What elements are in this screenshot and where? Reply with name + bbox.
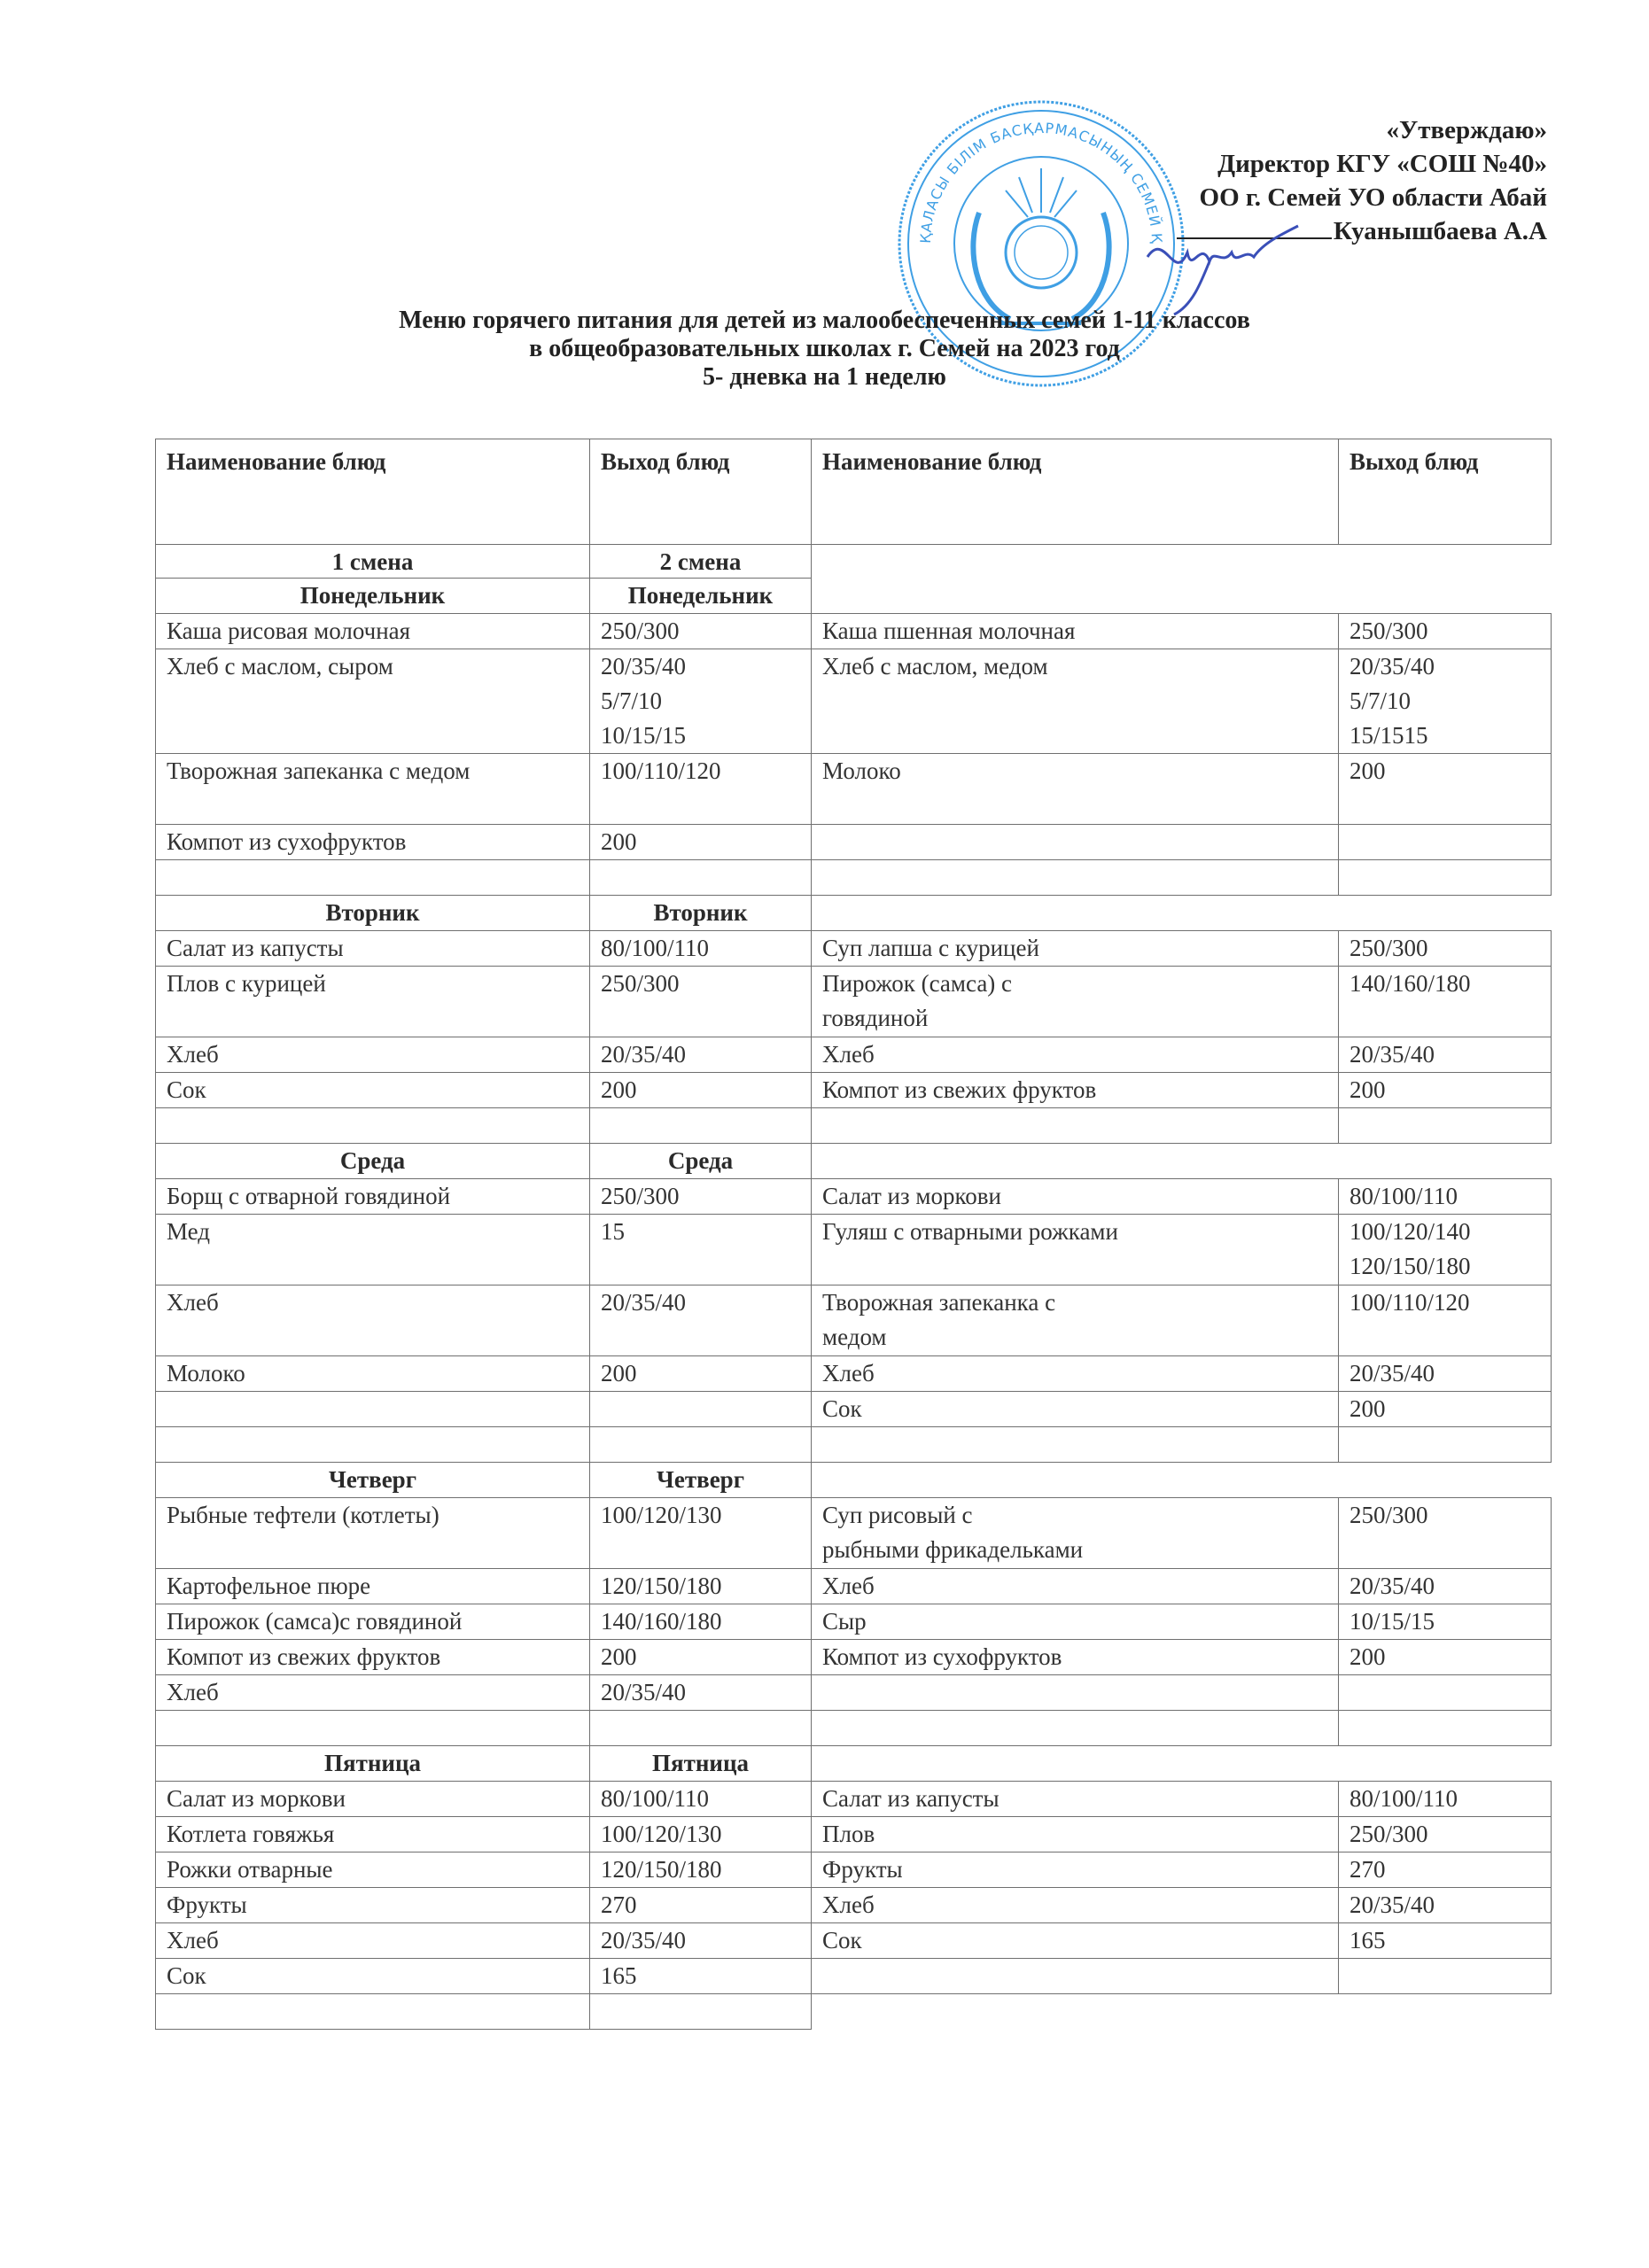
dish-name-shift-2-text: Плов — [822, 1817, 1338, 1852]
day-label-shift-2-text: Пятница — [590, 1746, 811, 1781]
dish-portion-shift-1: 200 — [589, 1072, 812, 1108]
day-label-shift-2: Понедельник — [589, 578, 812, 614]
dish-name-shift-2-text: Хлеб — [822, 1888, 1338, 1922]
day-label-shift-1: Пятница — [155, 1745, 590, 1782]
dish-name-shift-2-text: Компот из свежих фруктов — [822, 1073, 1338, 1107]
dish-name-shift-1: Плов с курицей — [155, 966, 590, 1037]
dish-name-shift-2: Хлеб — [811, 1037, 1339, 1073]
dish-name-shift-2-text: Сок — [822, 1923, 1338, 1958]
dish-portion-shift-1-text: 20/35/40 — [601, 1037, 811, 1072]
day-label-shift-1: Понедельник — [155, 578, 590, 614]
column-header: Наименование блюд — [155, 439, 590, 545]
dish-portion-shift-2: 20/35/40 — [1338, 1568, 1552, 1604]
dish-name-shift-1: Пирожок (самса)с говядиной — [155, 1604, 590, 1640]
shift-1-label: 1 смена — [155, 544, 590, 579]
day-label-shift-2: Четверг — [589, 1462, 812, 1498]
dish-portion-shift-1-text: 120/150/180 — [601, 1852, 811, 1887]
day-label-shift-2-text: Вторник — [590, 896, 811, 930]
dish-portion-shift-1-text: 250/300 — [601, 1179, 811, 1214]
dish-name-shift-1-text: Хлеб с маслом, сыром — [167, 649, 589, 684]
column-header: Выход блюд — [1338, 439, 1552, 545]
dish-portion-shift-1-text: 80/100/110 — [601, 1782, 811, 1816]
dish-name-shift-2 — [811, 1710, 1339, 1746]
column-header-text: Выход блюд — [1350, 445, 1551, 479]
dish-portion-shift-2: 20/35/40 — [1338, 1355, 1552, 1392]
dish-name-shift-1: Хлеб — [155, 1285, 590, 1356]
dish-name-shift-1 — [155, 1426, 590, 1463]
dish-name-shift-2-text: рыбными фрикадельками — [822, 1533, 1338, 1567]
dish-portion-shift-1: 20/35/40 — [589, 1922, 812, 1959]
dish-name-shift-2-text: Компот из сухофруктов — [822, 1640, 1338, 1674]
dish-name-shift-1: Каша рисовая молочная — [155, 613, 590, 649]
dish-name-shift-2 — [811, 1426, 1339, 1463]
dish-portion-shift-1-text: 20/35/40 — [601, 1675, 811, 1710]
dish-portion-shift-2-text: 20/35/40 — [1350, 649, 1551, 684]
dish-portion-shift-2-text: 80/100/110 — [1350, 1782, 1551, 1816]
dish-portion-shift-1 — [589, 859, 812, 896]
dish-name-shift-2 — [811, 859, 1339, 896]
dish-name-shift-1: Хлеб — [155, 1037, 590, 1073]
dish-portion-shift-1: 100/120/130 — [589, 1816, 812, 1852]
dish-portion-shift-2 — [1338, 1674, 1552, 1711]
dish-portion-shift-1-text: 20/35/40 — [601, 1923, 811, 1958]
approval-block: «Утверждаю» Директор КГУ «СОШ №40» ОО г.… — [1177, 113, 1547, 248]
column-header: Выход блюд — [589, 439, 812, 545]
approval-name: Куанышбаева А.А — [1334, 217, 1547, 245]
dish-name-shift-1-text: Компот из свежих фруктов — [167, 1640, 589, 1674]
approval-organization: ОО г. Семей УО области Абай — [1177, 181, 1547, 214]
dish-name-shift-1-text: Рожки отварные — [167, 1852, 589, 1887]
dish-portion-shift-2: 100/110/120 — [1338, 1285, 1552, 1356]
dish-portion-shift-2 — [1338, 1710, 1552, 1746]
dish-portion-shift-1: 20/35/40 — [589, 1037, 812, 1073]
dish-name-shift-2 — [811, 1674, 1339, 1711]
svg-text:ҚАЛАСЫ БІЛІМ БАСҚАРМАСЫНЫҢ СЕМ: ҚАЛАСЫ БІЛІМ БАСҚАРМАСЫНЫҢ СЕМЕЙ ҚАЛАСЫ … — [895, 97, 1165, 245]
day-label-shift-2: Среда — [589, 1143, 812, 1179]
dish-name-shift-2-text: Фрукты — [822, 1852, 1338, 1887]
shift-1-label-text: 1 смена — [156, 545, 589, 579]
column-header-text: Наименование блюд — [167, 445, 589, 479]
dish-portion-shift-2-text: 165 — [1350, 1923, 1551, 1958]
dish-name-shift-1: Творожная запеканка с медом — [155, 753, 590, 825]
dish-portion-shift-1-text: 200 — [601, 1640, 811, 1674]
dish-name-shift-2-text: Хлеб — [822, 1356, 1338, 1391]
dish-portion-shift-2-text: 250/300 — [1350, 1498, 1551, 1533]
dish-portion-shift-1: 270 — [589, 1887, 812, 1923]
dish-name-shift-2: Хлеб с маслом, медом — [811, 649, 1339, 754]
dish-name-shift-2: Каша пшенная молочная — [811, 613, 1339, 649]
dish-name-shift-1 — [155, 859, 590, 896]
dish-portion-shift-2 — [1338, 824, 1552, 860]
dish-name-shift-1: Рыбные тефтели (котлеты) — [155, 1497, 590, 1569]
dish-name-shift-2: Компот из свежих фруктов — [811, 1072, 1339, 1108]
dish-portion-shift-2-text: 5/7/10 — [1350, 684, 1551, 718]
dish-portion-shift-1: 250/300 — [589, 966, 812, 1037]
dish-name-shift-2: Молоко — [811, 753, 1339, 825]
dish-name-shift-1-text: Борщ с отварной говядиной — [167, 1179, 589, 1214]
dish-portion-shift-1-text: 100/120/130 — [601, 1817, 811, 1852]
dish-portion-shift-2-text: 15/1515 — [1350, 718, 1551, 753]
dish-portion-shift-2-text: 100/110/120 — [1350, 1285, 1551, 1320]
dish-portion-shift-1-text: 165 — [601, 1959, 811, 1993]
dish-name-shift-2-text: говядиной — [822, 1001, 1338, 1036]
dish-portion-shift-2: 10/15/15 — [1338, 1604, 1552, 1640]
day-label-shift-1-text: Понедельник — [156, 579, 589, 613]
day-label-shift-1-text: Четверг — [156, 1463, 589, 1497]
day-label-shift-1: Вторник — [155, 895, 590, 931]
dish-portion-shift-2-text: 80/100/110 — [1350, 1179, 1551, 1214]
dish-name-shift-1-text: Творожная запеканка с медом — [167, 754, 589, 788]
dish-name-shift-1-text: Каша рисовая молочная — [167, 614, 589, 649]
dish-name-shift-1-text: Мед — [167, 1215, 589, 1249]
dish-name-shift-1: Котлета говяжья — [155, 1816, 590, 1852]
day-label-shift-2-text: Среда — [590, 1144, 811, 1178]
dish-name-shift-1: Компот из сухофруктов — [155, 824, 590, 860]
dish-portion-shift-1-text: 5/7/10 — [601, 684, 811, 718]
dish-portion-shift-1 — [589, 1391, 812, 1427]
dish-name-shift-1-text: Плов с курицей — [167, 967, 589, 1001]
dish-name-shift-1 — [155, 1710, 590, 1746]
dish-portion-shift-2: 200 — [1338, 1639, 1552, 1675]
dish-name-shift-2: Сок — [811, 1391, 1339, 1427]
day-label-shift-1-text: Среда — [156, 1144, 589, 1178]
dish-portion-shift-1 — [589, 1993, 812, 2030]
dish-name-shift-1-text: Сок — [167, 1073, 589, 1107]
dish-name-shift-2-text: Каша пшенная молочная — [822, 614, 1338, 649]
dish-portion-shift-2: 80/100/110 — [1338, 1781, 1552, 1817]
dish-portion-shift-2 — [1338, 1107, 1552, 1144]
dish-portion-shift-1 — [589, 1426, 812, 1463]
day-label-shift-2: Вторник — [589, 895, 812, 931]
dish-name-shift-2: Суп лапша с курицей — [811, 930, 1339, 967]
dish-name-shift-1: Хлеб — [155, 1922, 590, 1959]
dish-name-shift-1-text: Рыбные тефтели (котлеты) — [167, 1498, 589, 1533]
dish-name-shift-1-text: Фрукты — [167, 1888, 589, 1922]
dish-name-shift-2: Салат из моркови — [811, 1178, 1339, 1215]
dish-portion-shift-2-text: 250/300 — [1350, 1817, 1551, 1852]
dish-portion-shift-2: 140/160/180 — [1338, 966, 1552, 1037]
dish-portion-shift-1-text: 100/110/120 — [601, 754, 811, 788]
dish-name-shift-2-text: Сок — [822, 1392, 1338, 1426]
dish-portion-shift-2-text: 270 — [1350, 1852, 1551, 1887]
dish-name-shift-2: Сыр — [811, 1604, 1339, 1640]
column-header-text: Выход блюд — [601, 445, 811, 479]
dish-name-shift-2-text: Салат из моркови — [822, 1179, 1338, 1214]
dish-portion-shift-1: 250/300 — [589, 613, 812, 649]
dish-portion-shift-1-text: 120/150/180 — [601, 1569, 811, 1604]
dish-portion-shift-1 — [589, 1107, 812, 1144]
dish-portion-shift-2: 20/35/405/7/1015/1515 — [1338, 649, 1552, 754]
dish-portion-shift-1-text: 140/160/180 — [601, 1604, 811, 1639]
dish-portion-shift-1: 120/150/180 — [589, 1852, 812, 1888]
dish-portion-shift-2-text: 20/35/40 — [1350, 1569, 1551, 1604]
dish-portion-shift-2: 250/300 — [1338, 930, 1552, 967]
dish-portion-shift-2 — [1338, 859, 1552, 896]
dish-portion-shift-1: 165 — [589, 1958, 812, 1994]
dish-name-shift-2-text: Хлеб — [822, 1569, 1338, 1604]
dish-portion-shift-2-text: 200 — [1350, 754, 1551, 788]
dish-portion-shift-1: 200 — [589, 1355, 812, 1392]
dish-portion-shift-1: 20/35/40 — [589, 1674, 812, 1711]
dish-name-shift-1-text: Хлеб — [167, 1037, 589, 1072]
dish-portion-shift-2: 165 — [1338, 1922, 1552, 1959]
dish-portion-shift-1-text: 10/15/15 — [601, 718, 811, 753]
dish-portion-shift-2-text: 200 — [1350, 1640, 1551, 1674]
dish-portion-shift-1: 15 — [589, 1214, 812, 1285]
dish-name-shift-1: Салат из моркови — [155, 1781, 590, 1817]
dish-portion-shift-2-text: 200 — [1350, 1073, 1551, 1107]
dish-name-shift-2: Салат из капусты — [811, 1781, 1339, 1817]
dish-portion-shift-1-text: 200 — [601, 1356, 811, 1391]
dish-portion-shift-2-text: 250/300 — [1350, 614, 1551, 649]
dish-portion-shift-2: 250/300 — [1338, 1497, 1552, 1569]
column-header: Наименование блюд — [811, 439, 1339, 545]
dish-name-shift-2: Сок — [811, 1922, 1339, 1959]
dish-name-shift-2-text: Хлеб с маслом, медом — [822, 649, 1338, 684]
day-label-shift-2: Пятница — [589, 1745, 812, 1782]
dish-name-shift-1 — [155, 1993, 590, 2030]
dish-portion-shift-2: 200 — [1338, 1072, 1552, 1108]
day-label-shift-2-text: Четверг — [590, 1463, 811, 1497]
dish-portion-shift-2-text: 20/35/40 — [1350, 1888, 1551, 1922]
dish-name-shift-2-text: Гуляш с отварными рожками — [822, 1215, 1338, 1249]
dish-portion-shift-1: 100/120/130 — [589, 1497, 812, 1569]
title-line-3: 5- дневка на 1 неделю — [0, 363, 1649, 392]
day-label-shift-1-text: Пятница — [156, 1746, 589, 1781]
dish-name-shift-2-text: медом — [822, 1320, 1338, 1355]
column-header-text: Наименование блюд — [822, 445, 1338, 479]
dish-name-shift-2: Хлеб — [811, 1887, 1339, 1923]
dish-portion-shift-1: 140/160/180 — [589, 1604, 812, 1640]
dish-name-shift-2: Гуляш с отварными рожками — [811, 1214, 1339, 1285]
title-line-2: в общеобразовательных школах г. Семей на… — [0, 335, 1649, 363]
dish-portion-shift-1: 20/35/405/7/1010/15/15 — [589, 649, 812, 754]
dish-portion-shift-2: 80/100/110 — [1338, 1178, 1552, 1215]
dish-portion-shift-1: 80/100/110 — [589, 930, 812, 967]
dish-name-shift-2 — [811, 1958, 1339, 1994]
dish-name-shift-1: Фрукты — [155, 1887, 590, 1923]
dish-name-shift-1: Сок — [155, 1072, 590, 1108]
dish-name-shift-1 — [155, 1107, 590, 1144]
dish-portion-shift-2-text: 100/120/140 — [1350, 1215, 1551, 1249]
dish-portion-shift-1-text: 15 — [601, 1215, 811, 1249]
dish-portion-shift-2-text: 200 — [1350, 1392, 1551, 1426]
dish-portion-shift-2 — [1338, 1426, 1552, 1463]
dish-portion-shift-2-text: 250/300 — [1350, 931, 1551, 966]
dish-name-shift-2: Творожная запеканка смедом — [811, 1285, 1339, 1356]
dish-name-shift-2 — [811, 1107, 1339, 1144]
dish-name-shift-1-text: Хлеб — [167, 1675, 589, 1710]
dish-name-shift-2: Фрукты — [811, 1852, 1339, 1888]
dish-name-shift-2-text: Пирожок (самса) с — [822, 967, 1338, 1001]
dish-name-shift-2-text: Салат из капусты — [822, 1782, 1338, 1816]
dish-portion-shift-2-text: 20/35/40 — [1350, 1037, 1551, 1072]
dish-name-shift-2: Хлеб — [811, 1568, 1339, 1604]
dish-name-shift-1-text: Хлеб — [167, 1285, 589, 1320]
dish-portion-shift-2: 200 — [1338, 1391, 1552, 1427]
day-label-shift-2-text: Понедельник — [590, 579, 811, 613]
dish-name-shift-1: Рожки отварные — [155, 1852, 590, 1888]
dish-name-shift-1: Молоко — [155, 1355, 590, 1392]
dish-name-shift-1-text: Котлета говяжья — [167, 1817, 589, 1852]
dish-name-shift-1-text: Салат из моркови — [167, 1782, 589, 1816]
dish-portion-shift-2 — [1338, 1958, 1552, 1994]
dish-portion-shift-2: 20/35/40 — [1338, 1037, 1552, 1073]
dish-name-shift-2-text: Суп рисовый с — [822, 1498, 1338, 1533]
dish-name-shift-1: Компот из свежих фруктов — [155, 1639, 590, 1675]
dish-portion-shift-1: 20/35/40 — [589, 1285, 812, 1356]
approval-position: Директор КГУ «СОШ №40» — [1177, 147, 1547, 181]
dish-portion-shift-1: 250/300 — [589, 1178, 812, 1215]
day-label-shift-1: Среда — [155, 1143, 590, 1179]
dish-portion-shift-1-text: 270 — [601, 1888, 811, 1922]
dish-portion-shift-1: 100/110/120 — [589, 753, 812, 825]
dish-portion-shift-2: 20/35/40 — [1338, 1887, 1552, 1923]
dish-portion-shift-1: 80/100/110 — [589, 1781, 812, 1817]
dish-portion-shift-1: 200 — [589, 1639, 812, 1675]
dish-name-shift-2-text: Хлеб — [822, 1037, 1338, 1072]
dish-portion-shift-2-text: 120/150/180 — [1350, 1249, 1551, 1284]
dish-name-shift-1-text: Хлеб — [167, 1923, 589, 1958]
dish-name-shift-1-text: Сок — [167, 1959, 589, 1993]
dish-portion-shift-2: 200 — [1338, 753, 1552, 825]
day-label-shift-1-text: Вторник — [156, 896, 589, 930]
dish-name-shift-1: Хлеб — [155, 1674, 590, 1711]
dish-portion-shift-1-text: 200 — [601, 1073, 811, 1107]
dish-name-shift-1-text: Молоко — [167, 1356, 589, 1391]
dish-name-shift-1: Сок — [155, 1958, 590, 1994]
dish-portion-shift-2-text: 10/15/15 — [1350, 1604, 1551, 1639]
dish-name-shift-1-text: Компот из сухофруктов — [167, 825, 589, 859]
dish-name-shift-1: Салат из капусты — [155, 930, 590, 967]
shift-2-label: 2 смена — [589, 544, 812, 579]
dish-portion-shift-2: 270 — [1338, 1852, 1552, 1888]
dish-name-shift-2: Суп рисовый срыбными фрикадельками — [811, 1497, 1339, 1569]
dish-portion-shift-1-text: 100/120/130 — [601, 1498, 811, 1533]
dish-portion-shift-2-text: 20/35/40 — [1350, 1356, 1551, 1391]
approval-signatory: Куанышбаева А.А — [1177, 214, 1547, 248]
dish-portion-shift-1: 120/150/180 — [589, 1568, 812, 1604]
dish-name-shift-1-text: Салат из капусты — [167, 931, 589, 966]
dish-portion-shift-1-text: 200 — [601, 825, 811, 859]
dish-name-shift-2: Хлеб — [811, 1355, 1339, 1392]
dish-name-shift-1: Картофельное пюре — [155, 1568, 590, 1604]
signature-line — [1177, 216, 1332, 239]
dish-portion-shift-1: 200 — [589, 824, 812, 860]
dish-name-shift-2: Компот из сухофруктов — [811, 1639, 1339, 1675]
dish-portion-shift-1 — [589, 1710, 812, 1746]
title-line-1: Меню горячего питания для детей из малоо… — [0, 307, 1649, 335]
dish-name-shift-2-text: Молоко — [822, 754, 1338, 788]
dish-name-shift-1 — [155, 1391, 590, 1427]
document-title: Меню горячего питания для детей из малоо… — [0, 307, 1649, 392]
dish-name-shift-1: Борщ с отварной говядиной — [155, 1178, 590, 1215]
dish-portion-shift-2-text: 140/160/180 — [1350, 967, 1551, 1001]
dish-portion-shift-2: 100/120/140120/150/180 — [1338, 1214, 1552, 1285]
dish-portion-shift-1-text: 20/35/40 — [601, 1285, 811, 1320]
dish-portion-shift-1-text: 250/300 — [601, 967, 811, 1001]
dish-name-shift-1: Хлеб с маслом, сыром — [155, 649, 590, 754]
dish-name-shift-1: Мед — [155, 1214, 590, 1285]
dish-portion-shift-1-text: 250/300 — [601, 614, 811, 649]
dish-name-shift-1-text: Картофельное пюре — [167, 1569, 589, 1604]
dish-portion-shift-2: 250/300 — [1338, 1816, 1552, 1852]
dish-name-shift-2-text: Сыр — [822, 1604, 1338, 1639]
approval-heading: «Утверждаю» — [1177, 113, 1547, 147]
day-label-shift-1: Четверг — [155, 1462, 590, 1498]
dish-portion-shift-2: 250/300 — [1338, 613, 1552, 649]
dish-name-shift-2 — [811, 824, 1339, 860]
dish-name-shift-2-text: Суп лапша с курицей — [822, 931, 1338, 966]
dish-name-shift-1-text: Пирожок (самса)с говядиной — [167, 1604, 589, 1639]
dish-name-shift-2: Пирожок (самса) сговядиной — [811, 966, 1339, 1037]
dish-name-shift-2: Плов — [811, 1816, 1339, 1852]
dish-portion-shift-1-text: 80/100/110 — [601, 931, 811, 966]
shift-2-label-text: 2 смена — [590, 545, 811, 579]
dish-name-shift-2-text: Творожная запеканка с — [822, 1285, 1338, 1320]
dish-portion-shift-1-text: 20/35/40 — [601, 649, 811, 684]
